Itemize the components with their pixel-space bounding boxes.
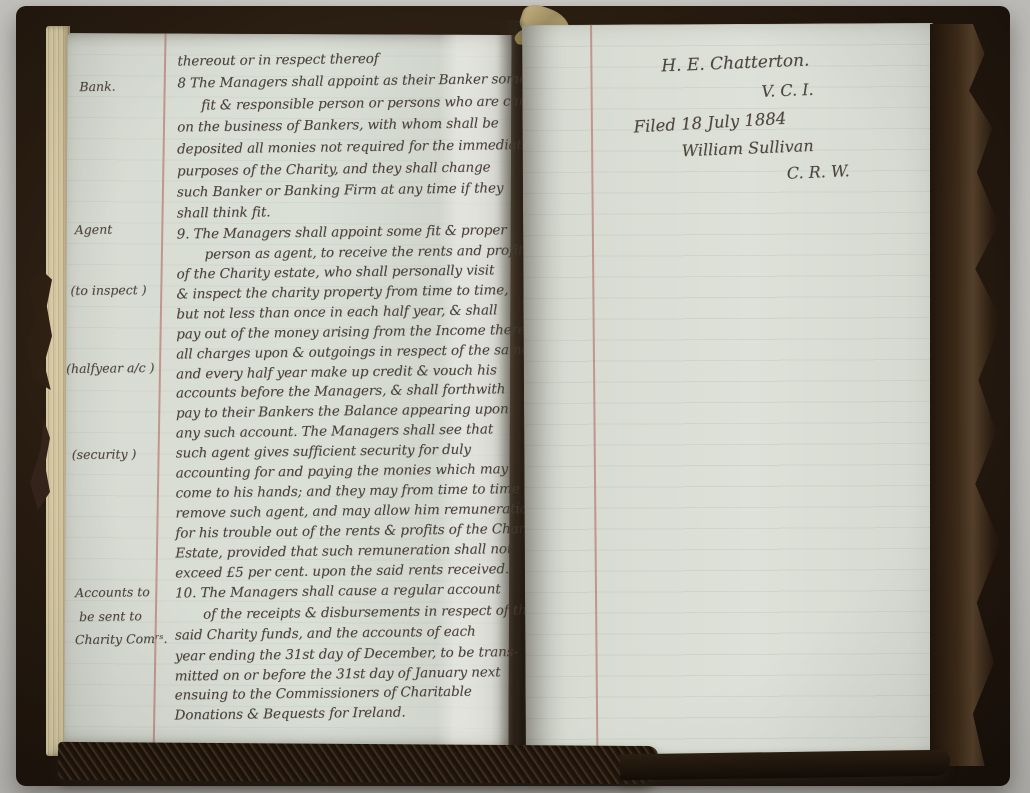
manuscript-line: on the business of Bankers, with whom sh… xyxy=(177,115,499,135)
manuscript-line: such Banker or Banking Firm at any time … xyxy=(177,180,504,200)
manuscript-line: purposes of the Charity, and they shall … xyxy=(177,159,491,179)
manuscript-line: any such account. The Managers shall see… xyxy=(176,421,493,441)
manuscript-line: all charges upon & outgoings in respect … xyxy=(176,342,534,363)
manuscript-line: & inspect the charity property from time… xyxy=(176,282,508,302)
manuscript-line: remove such agent, and may allow him rem… xyxy=(175,501,536,522)
manuscript-line: deposited all monies not required for th… xyxy=(177,137,530,158)
manuscript-line: but not less than once in each half year… xyxy=(176,302,497,322)
manuscript-line: Estate, provided that such remuneration … xyxy=(175,541,512,561)
margin-note-security: (security ) xyxy=(72,446,137,462)
signature-sullivan: William Sullivan xyxy=(681,136,814,160)
manuscript-line: thereout or in respect thereof xyxy=(177,51,378,70)
manuscript-line: such agent gives sufficient security for… xyxy=(176,442,471,462)
right-page: H. E. Chatterton. V. C. I. Filed 18 July… xyxy=(522,23,940,773)
signature-chatterton: H. E. Chatterton. xyxy=(661,50,810,76)
cover-bottom-edge-right xyxy=(620,750,950,781)
right-page-margin-rule xyxy=(590,25,598,773)
manuscript-line: ensuing to the Commissioners of Charitab… xyxy=(175,684,472,704)
margin-note-halfyear: (halfyear a/c ) xyxy=(66,360,155,376)
manuscript-line: 9. The Managers shall appoint some fit &… xyxy=(177,222,507,242)
manuscript-line: and every half year make up credit & vou… xyxy=(176,362,497,382)
left-page: Bank. Agent (to inspect ) (halfyear a/c … xyxy=(64,33,511,751)
manuscript-line: accounts before the Managers, & shall fo… xyxy=(176,381,506,401)
signature-chatterton-title: V. C. I. xyxy=(761,80,814,101)
margin-note-accounts-1: Accounts to xyxy=(75,584,150,600)
cover-bottom-edge xyxy=(58,742,658,784)
manuscript-line: of the receipts & disbursements in respe… xyxy=(203,602,535,622)
margin-note-accounts-2: be sent to xyxy=(79,608,142,624)
manuscript-line: of the Charity estate, who shall persona… xyxy=(176,262,494,282)
manuscript-line: Donations & Bequests for Ireland. xyxy=(174,704,405,723)
manuscript-line: shall think fit. xyxy=(177,204,271,221)
manuscript-line: pay out of the money arising from the In… xyxy=(176,322,539,343)
filed-date-note: Filed 18 July 1884 xyxy=(633,109,787,137)
manuscript-line: accounting for and paying the monies whi… xyxy=(176,461,509,481)
initials-crw: C. R. W. xyxy=(786,161,850,183)
manuscript-line: pay to their Bankers the Balance appeari… xyxy=(176,401,509,421)
margin-note-bank: Bank. xyxy=(79,79,115,94)
manuscript-line: 8 The Managers shall appoint as their Ba… xyxy=(177,71,527,92)
manuscript-line: exceed £5 per cent. upon the said rents … xyxy=(175,561,509,581)
photograph-of-open-ledger: Bank. Agent (to inspect ) (halfyear a/c … xyxy=(0,0,1030,793)
manuscript-line: person as agent, to receive the rents an… xyxy=(204,242,530,262)
manuscript-line: mitted on or before the 31st day of Janu… xyxy=(175,664,501,684)
manuscript-line: said Charity funds, and the accounts of … xyxy=(175,624,476,644)
manuscript-line: 10. The Managers shall cause a regular a… xyxy=(175,581,501,601)
margin-note-agent: Agent xyxy=(75,222,113,237)
margin-note-inspect: (to inspect ) xyxy=(70,282,146,298)
manuscript-line: for his trouble out of the rents & profi… xyxy=(175,521,542,542)
margin-note-accounts-3: Charity Comʳˢ. xyxy=(75,631,168,647)
manuscript-line: year ending the 31st day of December, to… xyxy=(175,644,518,664)
manuscript-line: come to his hands; and they may from tim… xyxy=(175,481,519,502)
